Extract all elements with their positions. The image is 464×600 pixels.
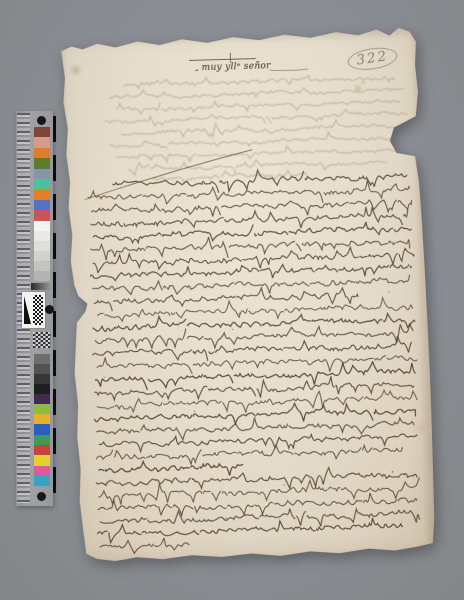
manuscript-page: muy yllᵉ señor 322	[53, 23, 436, 565]
color-patch	[34, 404, 50, 414]
ink-fleck	[392, 471, 394, 473]
paper-sheet: muy yllᵉ señor 322	[53, 23, 436, 565]
registration-dot-bottom-icon	[37, 492, 46, 501]
ink-fleck	[232, 329, 234, 331]
color-patch	[34, 424, 50, 434]
handwriting-line	[99, 459, 243, 479]
ink-fleck	[225, 517, 227, 519]
header-rule	[189, 59, 255, 61]
photo-background: muy yllᵉ señor 322	[0, 0, 464, 600]
handwriting-line	[100, 537, 189, 554]
color-patch	[34, 127, 50, 137]
color-patch	[34, 271, 50, 281]
color-patch	[34, 241, 50, 251]
color-patch	[34, 210, 50, 220]
color-patch	[34, 394, 50, 404]
color-patch	[34, 251, 50, 261]
handwriting-line	[98, 476, 419, 507]
color-patch	[34, 476, 50, 486]
target-box	[22, 292, 45, 328]
handwriting-line	[91, 196, 411, 221]
salutation-flourish	[270, 69, 308, 71]
ink-fleck	[388, 291, 390, 293]
ink-fleck	[104, 376, 105, 377]
bleedthrough-line	[121, 118, 403, 139]
handwriting-line	[90, 231, 409, 261]
micro-pattern	[33, 332, 51, 348]
color-patch	[34, 137, 50, 147]
strip-edge-dashes	[53, 116, 56, 496]
ink-fleck	[283, 484, 285, 486]
bleedthrough-text	[104, 72, 409, 186]
handwriting-line	[97, 517, 402, 543]
handwriting-line	[98, 491, 417, 519]
wedge-icon	[24, 296, 31, 324]
color-patch	[34, 158, 50, 168]
color-patch	[34, 148, 50, 158]
bleedthrough-line	[117, 96, 400, 115]
color-patch	[34, 169, 50, 179]
color-patch	[34, 374, 50, 384]
registration-dot-top-icon	[37, 116, 46, 125]
color-patch	[34, 200, 50, 210]
handwriting-line	[91, 206, 408, 234]
handwriting-line	[97, 349, 417, 379]
bleedthrough-line	[109, 83, 404, 101]
color-patch	[34, 384, 50, 394]
checker-pattern	[33, 295, 43, 325]
salutation-text: muy yllᵉ señor	[202, 61, 271, 73]
color-patch	[34, 414, 50, 424]
bleedthrough-line	[105, 108, 407, 128]
bleedthrough-line	[110, 130, 398, 150]
color-patch	[34, 466, 50, 476]
handwriting-line	[93, 221, 411, 245]
color-patch	[34, 455, 50, 465]
body-text	[88, 166, 424, 555]
bleedthrough-line	[124, 72, 394, 89]
handwriting-line	[93, 274, 410, 299]
gradient-bar	[31, 283, 51, 290]
handwriting-layer	[53, 23, 436, 565]
color-patch	[34, 179, 50, 189]
color-patch	[34, 354, 50, 364]
color-patch	[34, 231, 50, 241]
color-patch	[34, 189, 50, 199]
color-patch	[34, 435, 50, 445]
color-patch	[34, 445, 50, 455]
color-patch	[34, 221, 50, 231]
ink-fleck	[194, 411, 196, 413]
color-patch	[34, 261, 50, 271]
color-calibration-strip	[16, 111, 53, 506]
color-patch	[34, 364, 50, 374]
